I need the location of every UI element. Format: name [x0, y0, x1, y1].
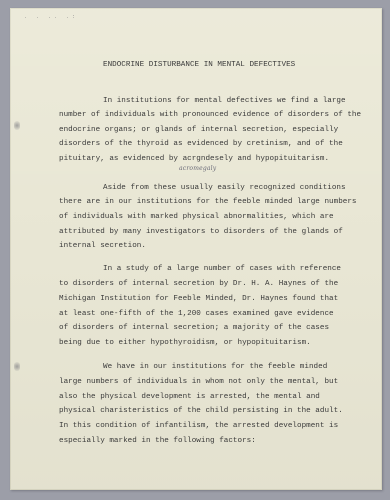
paragraph-3-line-4: at least one-fifth of the 1,200 cases ex… — [59, 310, 334, 318]
paragraph-3-line-6: being due to either hypothyroidism, or h… — [59, 339, 311, 347]
margin-smudge — [14, 362, 20, 371]
paragraph-4-line-1: We have in our institutions for the feeb… — [103, 363, 327, 371]
paragraph-4-line-4: physical charisteristics of the child pe… — [59, 407, 343, 415]
paragraph-1-line-4: disorders of the thyroid as evidenced by… — [59, 140, 343, 148]
paragraph-2-line-1: Aside from these usually easily recogniz… — [103, 184, 346, 192]
paragraph-2-line-3: of individuals with marked physical abno… — [59, 213, 334, 221]
paragraph-1-line-5: pituitary, as evidenced by acrgndesely a… — [59, 155, 329, 163]
paragraph-4-line-5: In this condition of infantilism, the ar… — [59, 422, 338, 430]
paragraph-2-line-5: internal secretion. — [59, 242, 146, 250]
paragraph-1-line-2: number of individuals with pronounced ev… — [59, 111, 361, 119]
paragraph-3-line-3: Michigan Institution for Feeble Minded, … — [59, 295, 338, 303]
paragraph-1-line-1: In institutions for mental defectives we… — [103, 97, 346, 105]
paragraph-2-line-2: there are in our institutions for the fe… — [59, 198, 357, 206]
paragraph-3-line-1: In a study of a large number of cases wi… — [103, 265, 341, 273]
paragraph-4-line-6: especially marked in the following facto… — [59, 437, 256, 445]
paragraph-4-line-3: also the physical development is arreste… — [59, 393, 320, 401]
paragraph-3-line-2: to disorders of internal secretion by Dr… — [59, 280, 338, 288]
paragraph-1-line-3: endocrine organs; or glands of internal … — [59, 126, 338, 134]
handwritten-correction: acromegaly — [179, 165, 216, 172]
margin-smudge — [14, 121, 20, 130]
paragraph-4-line-2: large numbers of individuals in whom not… — [59, 378, 338, 386]
paragraph-2-line-4: attributed by many investigators to diso… — [59, 228, 343, 236]
paragraph-3-line-5: of disorders of internal secretion; a ma… — [59, 324, 329, 332]
top-margin-marks: . . .. .: — [24, 14, 78, 20]
document-title: ENDOCRINE DISTURBANCE IN MENTAL DEFECTIV… — [103, 61, 323, 69]
